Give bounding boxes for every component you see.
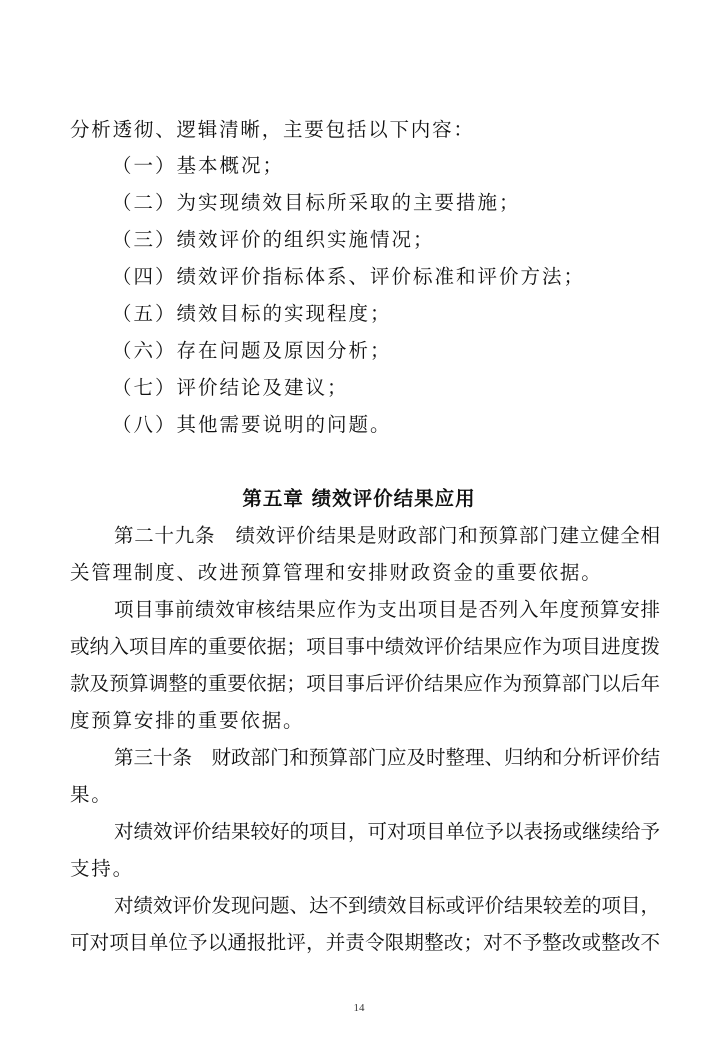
list-item-3: （三）绩效评价的组织实施情况； xyxy=(112,227,702,253)
list-item-1: （一）基本概况； xyxy=(112,153,702,179)
paragraph-4-line-1: 对绩效评价结果较好的项目，可对项目单位予以表扬或继续给予 xyxy=(114,819,660,845)
intro-line: 分析透彻、逻辑清晰，主要包括以下内容： xyxy=(70,117,660,143)
list-item-8: （八）其他需要说明的问题。 xyxy=(112,412,702,438)
paragraph-2-line-1: 项目事前绩效审核结果应作为支出项目是否列入年度预算安排 xyxy=(114,597,660,623)
list-item-6: （六）存在问题及原因分析； xyxy=(112,338,702,364)
document-page: 分析透彻、逻辑清晰，主要包括以下内容： （一）基本概况； （二）为实现绩效目标所… xyxy=(0,0,718,1047)
page-number: 14 xyxy=(0,1002,718,1014)
paragraph-4-line-2: 支持。 xyxy=(70,856,660,882)
list-item-2: （二）为实现绩效目标所采取的主要措施； xyxy=(112,190,702,216)
article-29-line-1: 第二十九条 绩效评价结果是财政部门和预算部门建立健全相 xyxy=(114,523,660,549)
paragraph-2-line-3: 款及预算调整的重要依据；项目事后评价结果应作为预算部门以后年 xyxy=(70,671,660,697)
list-item-4: （四）绩效评价指标体系、评价标准和评价方法； xyxy=(112,264,702,290)
article-30-line-1: 第三十条 财政部门和预算部门应及时整理、归纳和分析评价结 xyxy=(114,745,660,771)
paragraph-2-line-4: 度预算安排的重要依据。 xyxy=(70,708,660,734)
paragraph-5-line-2: 可对项目单位予以通报批评，并责令限期整改；对不予整改或整改不 xyxy=(70,930,660,956)
paragraph-5-line-1: 对绩效评价发现问题、达不到绩效目标或评价结果较差的项目， xyxy=(114,893,660,919)
article-29-line-2: 关管理制度、改进预算管理和安排财政资金的重要依据。 xyxy=(70,560,660,586)
list-item-5: （五）绩效目标的实现程度； xyxy=(112,301,702,327)
chapter-heading: 第五章 绩效评价结果应用 xyxy=(0,486,718,512)
article-30-line-2: 果。 xyxy=(70,782,660,808)
paragraph-2-line-2: 或纳入项目库的重要依据；项目事中绩效评价结果应作为项目进度拨 xyxy=(70,634,660,660)
list-item-7: （七）评价结论及建议； xyxy=(112,375,702,401)
